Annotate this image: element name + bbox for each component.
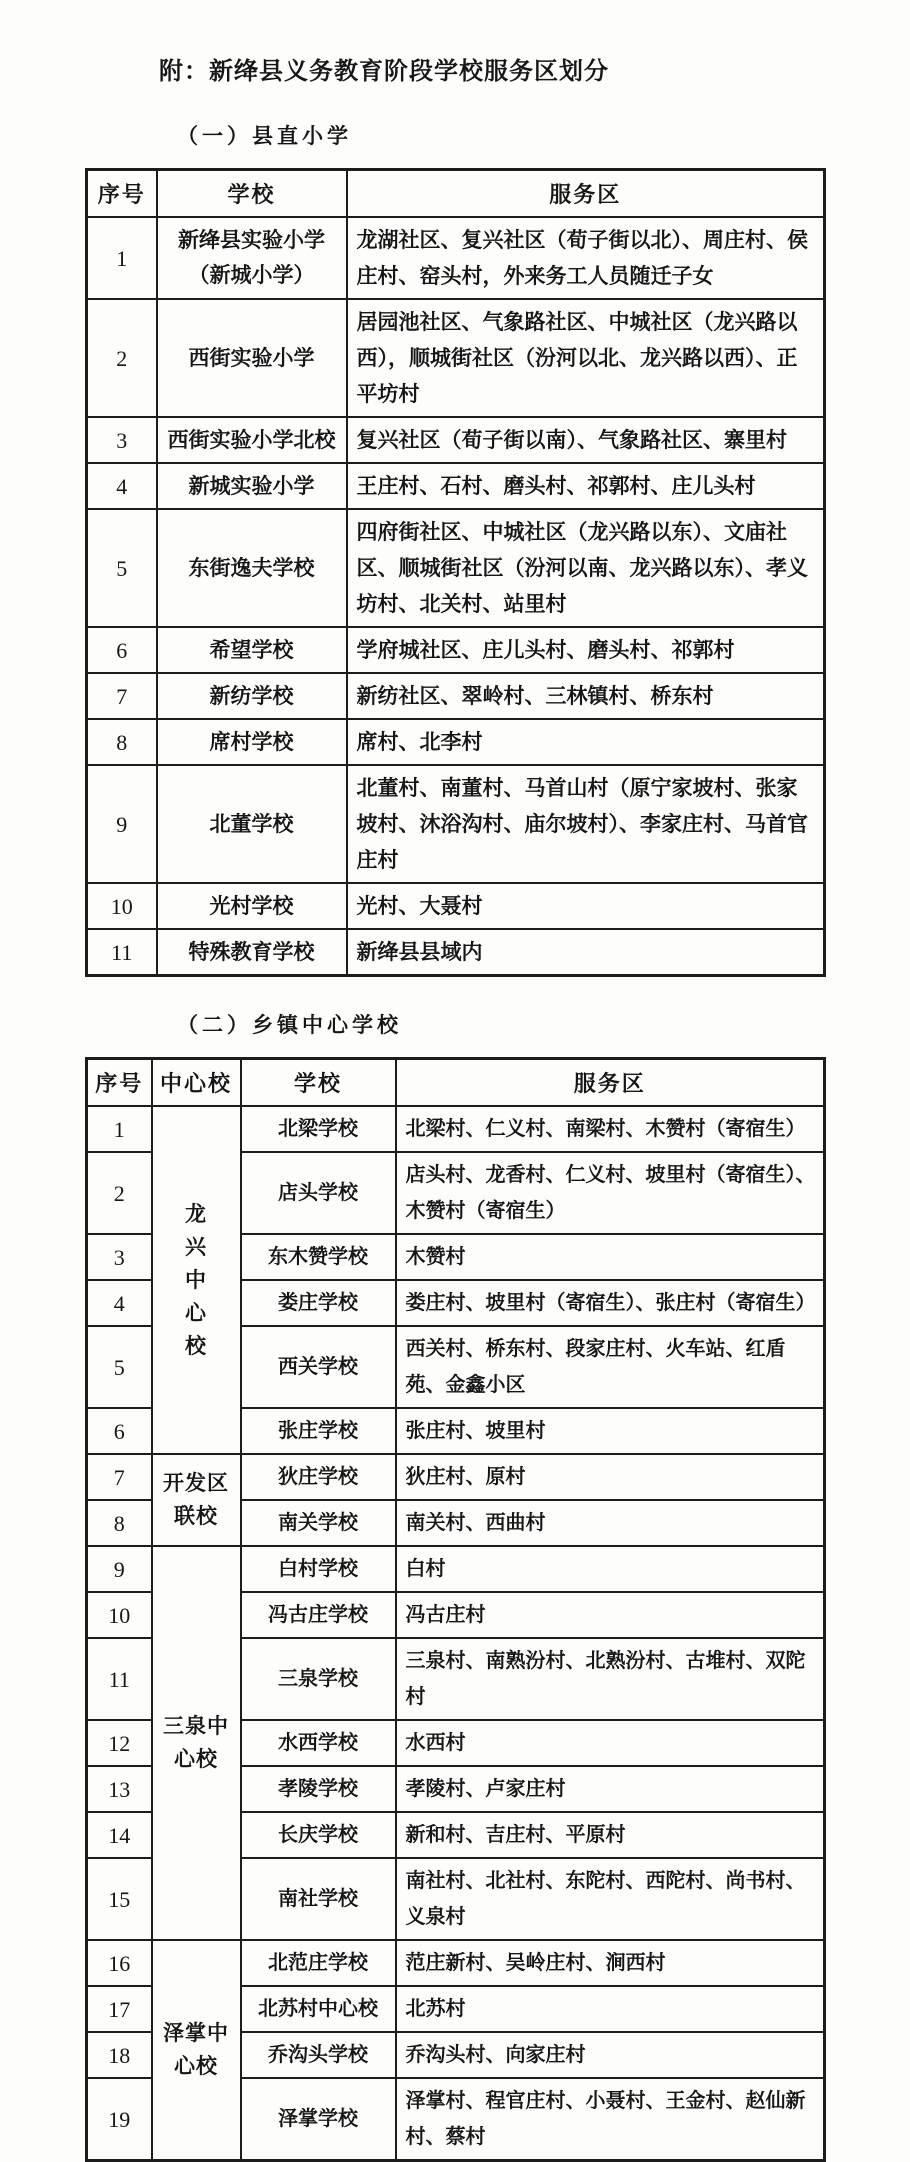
service-area-cell: 冯古庄村: [396, 1592, 825, 1638]
school-name-cell: 冯古庄学校: [241, 1592, 396, 1638]
center-school-cell: 泽掌中 心校: [152, 1940, 241, 2161]
school-name-cell: 席村学校: [157, 719, 347, 765]
school-name-cell: 孝陵学校: [241, 1766, 396, 1812]
row-number-cell: 5: [87, 1326, 152, 1408]
service-area-cell: 居园池社区、气象路社区、中城社区（龙兴路以西），顺城街社区（汾河以北、龙兴路以西…: [347, 299, 825, 417]
table-row: 7开发区 联校狄庄学校狄庄村、原村: [87, 1454, 825, 1500]
row-number-cell: 16: [87, 1940, 152, 1986]
table-row: 11特殊教育学校新绛县县域内: [87, 929, 825, 976]
row-number-cell: 2: [87, 1152, 152, 1234]
row-number-cell: 5: [87, 509, 157, 627]
column-header-service-area: 服务区: [396, 1059, 825, 1107]
row-number-cell: 7: [87, 1454, 152, 1500]
service-area-cell: 北苏村: [396, 1986, 825, 2032]
row-number-cell: 10: [87, 1592, 152, 1638]
school-name-cell: 西街实验小学: [157, 299, 347, 417]
table-row: 1新绛县实验小学 （新城小学）龙湖社区、复兴社区（荀子街以北）、周庄村、侯庄村、…: [87, 217, 825, 299]
service-area-cell: 北董村、南董村、马首山村（原宁家坡村、张家坡村、沐浴沟村、庙尔坡村）、李家庄村、…: [347, 765, 825, 883]
service-area-cell: 席村、北李村: [347, 719, 825, 765]
township-center-schools-table: 序号 中心校 学校 服务区 1龙 兴 中 心 校北梁学校北梁村、仁义村、南梁村、…: [85, 1057, 826, 2162]
service-area-cell: 南关村、西曲村: [396, 1500, 825, 1546]
table-row: 9北董学校北董村、南董村、马首山村（原宁家坡村、张家坡村、沐浴沟村、庙尔坡村）、…: [87, 765, 825, 883]
row-number-cell: 1: [87, 1106, 152, 1152]
page-title: 附：新绛县义务教育阶段学校服务区划分: [159, 56, 910, 88]
row-number-cell: 12: [87, 1720, 152, 1766]
row-number-cell: 3: [87, 417, 157, 463]
column-header-center-school: 中心校: [152, 1059, 241, 1107]
service-area-cell: 南社村、北社村、东陀村、西陀村、尚书村、义泉村: [396, 1858, 825, 1940]
service-area-cell: 西关村、桥东村、段家庄村、火车站、红盾苑、金鑫小区: [396, 1326, 825, 1408]
school-name-cell: 泽掌学校: [241, 2078, 396, 2161]
service-area-cell: 龙湖社区、复兴社区（荀子街以北）、周庄村、侯庄村、窑头村，外来务工人员随迁子女: [347, 217, 825, 299]
row-number-cell: 8: [87, 719, 157, 765]
row-number-cell: 7: [87, 673, 157, 719]
county-primary-schools-table: 序号 学校 服务区 1新绛县实验小学 （新城小学）龙湖社区、复兴社区（荀子街以北…: [85, 168, 826, 977]
school-name-cell: 新纺学校: [157, 673, 347, 719]
table-row: 10光村学校光村、大聂村: [87, 883, 825, 929]
row-number-cell: 11: [87, 929, 157, 976]
school-name-cell: 特殊教育学校: [157, 929, 347, 976]
section1-heading: （一）县直小学: [177, 122, 910, 150]
service-area-cell: 四府街社区、中城社区（龙兴路以东）、文庙社区、顺城街社区（汾河以南、龙兴路以东）…: [347, 509, 825, 627]
service-area-cell: 复兴社区（荀子街以南）、气象路社区、寨里村: [347, 417, 825, 463]
section-township-center-schools: （二）乡镇中心学校 序号 中心校 学校 服务区 1龙 兴 中 心 校北梁学校北梁…: [85, 1011, 910, 2162]
table-row: 16泽掌中 心校北范庄学校范庄新村、吴岭庄村、涧西村: [87, 1940, 825, 1986]
school-name-cell: 新绛县实验小学 （新城小学）: [157, 217, 347, 299]
table-row: 8席村学校席村、北李村: [87, 719, 825, 765]
service-area-cell: 学府城社区、庄儿头村、磨头村、祁郭村: [347, 627, 825, 673]
document-page: 附：新绛县义务教育阶段学校服务区划分 （一）县直小学 序号 学校 服务区 1新绛…: [0, 0, 910, 2162]
column-header-number: 序号: [87, 170, 157, 218]
school-name-cell: 狄庄学校: [241, 1454, 396, 1500]
section-county-primary-schools: （一）县直小学 序号 学校 服务区 1新绛县实验小学 （新城小学）龙湖社区、复兴…: [85, 122, 910, 977]
service-area-cell: 新纺社区、翠岭村、三林镇村、桥东村: [347, 673, 825, 719]
school-name-cell: 新城实验小学: [157, 463, 347, 509]
service-area-cell: 光村、大聂村: [347, 883, 825, 929]
school-name-cell: 北苏村中心校: [241, 1986, 396, 2032]
school-name-cell: 张庄学校: [241, 1408, 396, 1454]
table-row: 1龙 兴 中 心 校北梁学校北梁村、仁义村、南梁村、木赞村（寄宿生）: [87, 1106, 825, 1152]
center-school-cell: 龙 兴 中 心 校: [152, 1106, 241, 1454]
row-number-cell: 9: [87, 765, 157, 883]
school-name-cell: 白村学校: [241, 1546, 396, 1592]
service-area-cell: 孝陵村、卢家庄村: [396, 1766, 825, 1812]
service-area-cell: 乔沟头村、向家庄村: [396, 2032, 825, 2078]
service-area-cell: 新绛县县域内: [347, 929, 825, 976]
school-name-cell: 南关学校: [241, 1500, 396, 1546]
school-name-cell: 长庆学校: [241, 1812, 396, 1858]
table-row: 2西街实验小学居园池社区、气象路社区、中城社区（龙兴路以西），顺城街社区（汾河以…: [87, 299, 825, 417]
service-area-cell: 泽掌村、程官庄村、小聂村、王金村、赵仙新村、蔡村: [396, 2078, 825, 2161]
row-number-cell: 17: [87, 1986, 152, 2032]
row-number-cell: 13: [87, 1766, 152, 1812]
row-number-cell: 18: [87, 2032, 152, 2078]
column-header-service-area: 服务区: [347, 170, 825, 218]
column-header-school: 学校: [241, 1059, 396, 1107]
service-area-cell: 范庄新村、吴岭庄村、涧西村: [396, 1940, 825, 1986]
service-area-cell: 白村: [396, 1546, 825, 1592]
column-header-number: 序号: [87, 1059, 152, 1107]
center-school-cell: 三泉中 心校: [152, 1546, 241, 1940]
school-name-cell: 西关学校: [241, 1326, 396, 1408]
row-number-cell: 2: [87, 299, 157, 417]
table-header-row: 序号 学校 服务区: [87, 170, 825, 218]
column-header-school: 学校: [157, 170, 347, 218]
school-name-cell: 北梁学校: [241, 1106, 396, 1152]
school-name-cell: 西街实验小学北校: [157, 417, 347, 463]
school-name-cell: 乔沟头学校: [241, 2032, 396, 2078]
table-header-row: 序号 中心校 学校 服务区: [87, 1059, 825, 1107]
school-name-cell: 东木赞学校: [241, 1234, 396, 1280]
row-number-cell: 4: [87, 463, 157, 509]
table-row: 5东街逸夫学校四府街社区、中城社区（龙兴路以东）、文庙社区、顺城街社区（汾河以南…: [87, 509, 825, 627]
service-area-cell: 王庄村、石村、磨头村、祁郭村、庄儿头村: [347, 463, 825, 509]
row-number-cell: 1: [87, 217, 157, 299]
service-area-cell: 店头村、龙香村、仁义村、坡里村（寄宿生）、木赞村（寄宿生）: [396, 1152, 825, 1234]
service-area-cell: 木赞村: [396, 1234, 825, 1280]
school-name-cell: 水西学校: [241, 1720, 396, 1766]
table-row: 6希望学校学府城社区、庄儿头村、磨头村、祁郭村: [87, 627, 825, 673]
row-number-cell: 4: [87, 1280, 152, 1326]
service-area-cell: 北梁村、仁义村、南梁村、木赞村（寄宿生）: [396, 1106, 825, 1152]
row-number-cell: 10: [87, 883, 157, 929]
row-number-cell: 6: [87, 1408, 152, 1454]
service-area-cell: 娄庄村、坡里村（寄宿生）、张庄村（寄宿生）: [396, 1280, 825, 1326]
row-number-cell: 9: [87, 1546, 152, 1592]
row-number-cell: 6: [87, 627, 157, 673]
school-name-cell: 东街逸夫学校: [157, 509, 347, 627]
school-name-cell: 北范庄学校: [241, 1940, 396, 1986]
table-row: 7新纺学校新纺社区、翠岭村、三林镇村、桥东村: [87, 673, 825, 719]
school-name-cell: 娄庄学校: [241, 1280, 396, 1326]
school-name-cell: 店头学校: [241, 1152, 396, 1234]
row-number-cell: 15: [87, 1858, 152, 1940]
row-number-cell: 3: [87, 1234, 152, 1280]
service-area-cell: 水西村: [396, 1720, 825, 1766]
section2-heading: （二）乡镇中心学校: [177, 1011, 910, 1039]
row-number-cell: 8: [87, 1500, 152, 1546]
service-area-cell: 新和村、吉庄村、平原村: [396, 1812, 825, 1858]
service-area-cell: 三泉村、南熟汾村、北熟汾村、古堆村、双陀村: [396, 1638, 825, 1720]
row-number-cell: 14: [87, 1812, 152, 1858]
row-number-cell: 19: [87, 2078, 152, 2161]
table-row: 3西街实验小学北校复兴社区（荀子街以南）、气象路社区、寨里村: [87, 417, 825, 463]
table-row: 4新城实验小学王庄村、石村、磨头村、祁郭村、庄儿头村: [87, 463, 825, 509]
service-area-cell: 狄庄村、原村: [396, 1454, 825, 1500]
school-name-cell: 北董学校: [157, 765, 347, 883]
school-name-cell: 三泉学校: [241, 1638, 396, 1720]
row-number-cell: 11: [87, 1638, 152, 1720]
table-row: 9三泉中 心校白村学校白村: [87, 1546, 825, 1592]
service-area-cell: 张庄村、坡里村: [396, 1408, 825, 1454]
school-name-cell: 希望学校: [157, 627, 347, 673]
center-school-cell: 开发区 联校: [152, 1454, 241, 1546]
school-name-cell: 光村学校: [157, 883, 347, 929]
school-name-cell: 南社学校: [241, 1858, 396, 1940]
